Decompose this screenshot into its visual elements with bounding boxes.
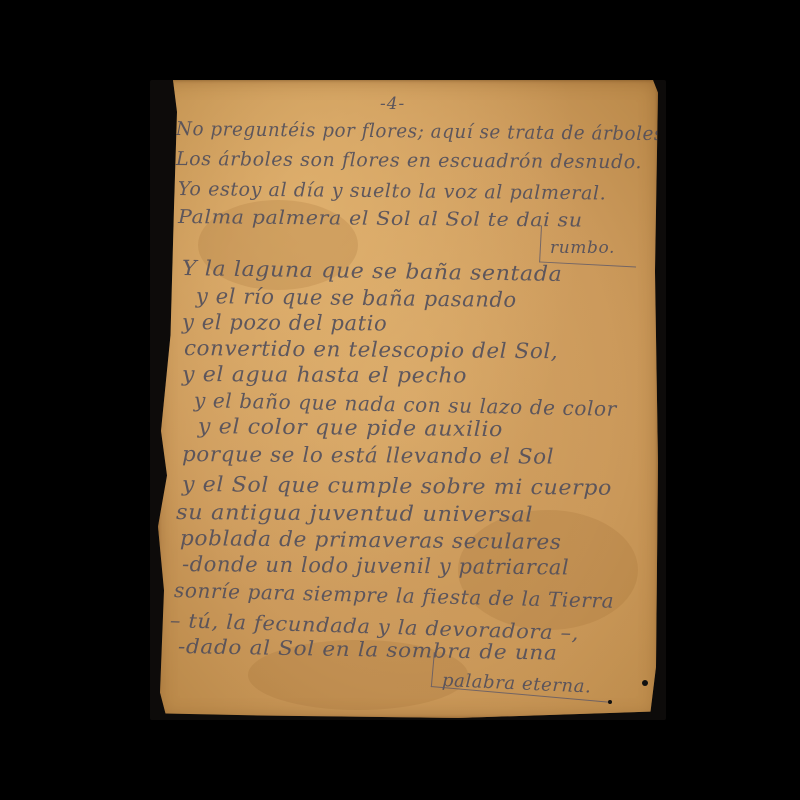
manuscript-line: y el pozo del patio	[182, 310, 387, 335]
manuscript-line: Los árboles son flores en escuadrón desn…	[176, 148, 642, 173]
manuscript-line: convertido en telescopio del Sol,	[184, 336, 559, 363]
continuation-bracket	[431, 652, 614, 703]
paper-hole	[642, 680, 648, 686]
manuscript-line: poblada de primaveras seculares	[180, 526, 562, 554]
page-number: -4-	[380, 94, 405, 114]
manuscript-page: -4- No preguntéis por flores; aquí se tr…	[158, 80, 658, 718]
manuscript-line: sonríe para siempre la fiesta de la Tier…	[174, 578, 615, 613]
manuscript-line: Y la laguna que se baña sentada	[182, 256, 563, 286]
manuscript-line: Yo estoy al día y suelto la voz al palme…	[178, 178, 607, 204]
manuscript-line: y el Sol que cumple sobre mi cuerpo	[182, 472, 612, 500]
manuscript-line: -donde un lodo juvenil y patriarcal	[182, 552, 570, 579]
manuscript-line: y el río que se baña pasando	[196, 284, 517, 312]
manuscript-line: Palma palmera el Sol al Sol te dai su	[178, 206, 583, 232]
manuscript-line: su antigua juventud universal	[176, 500, 533, 526]
manuscript-line: y el color que pide auxilio	[198, 414, 503, 441]
scan-stage: -4- No preguntéis por flores; aquí se tr…	[0, 0, 800, 800]
manuscript-line: porque se lo está llevando el Sol	[182, 442, 554, 469]
paper-hole	[608, 700, 612, 704]
manuscript-line: No preguntéis por flores; aquí se trata …	[176, 118, 670, 145]
handwritten-text: -4- No preguntéis por flores; aquí se tr…	[158, 80, 658, 718]
manuscript-line: y el agua hasta el pecho	[182, 362, 467, 387]
